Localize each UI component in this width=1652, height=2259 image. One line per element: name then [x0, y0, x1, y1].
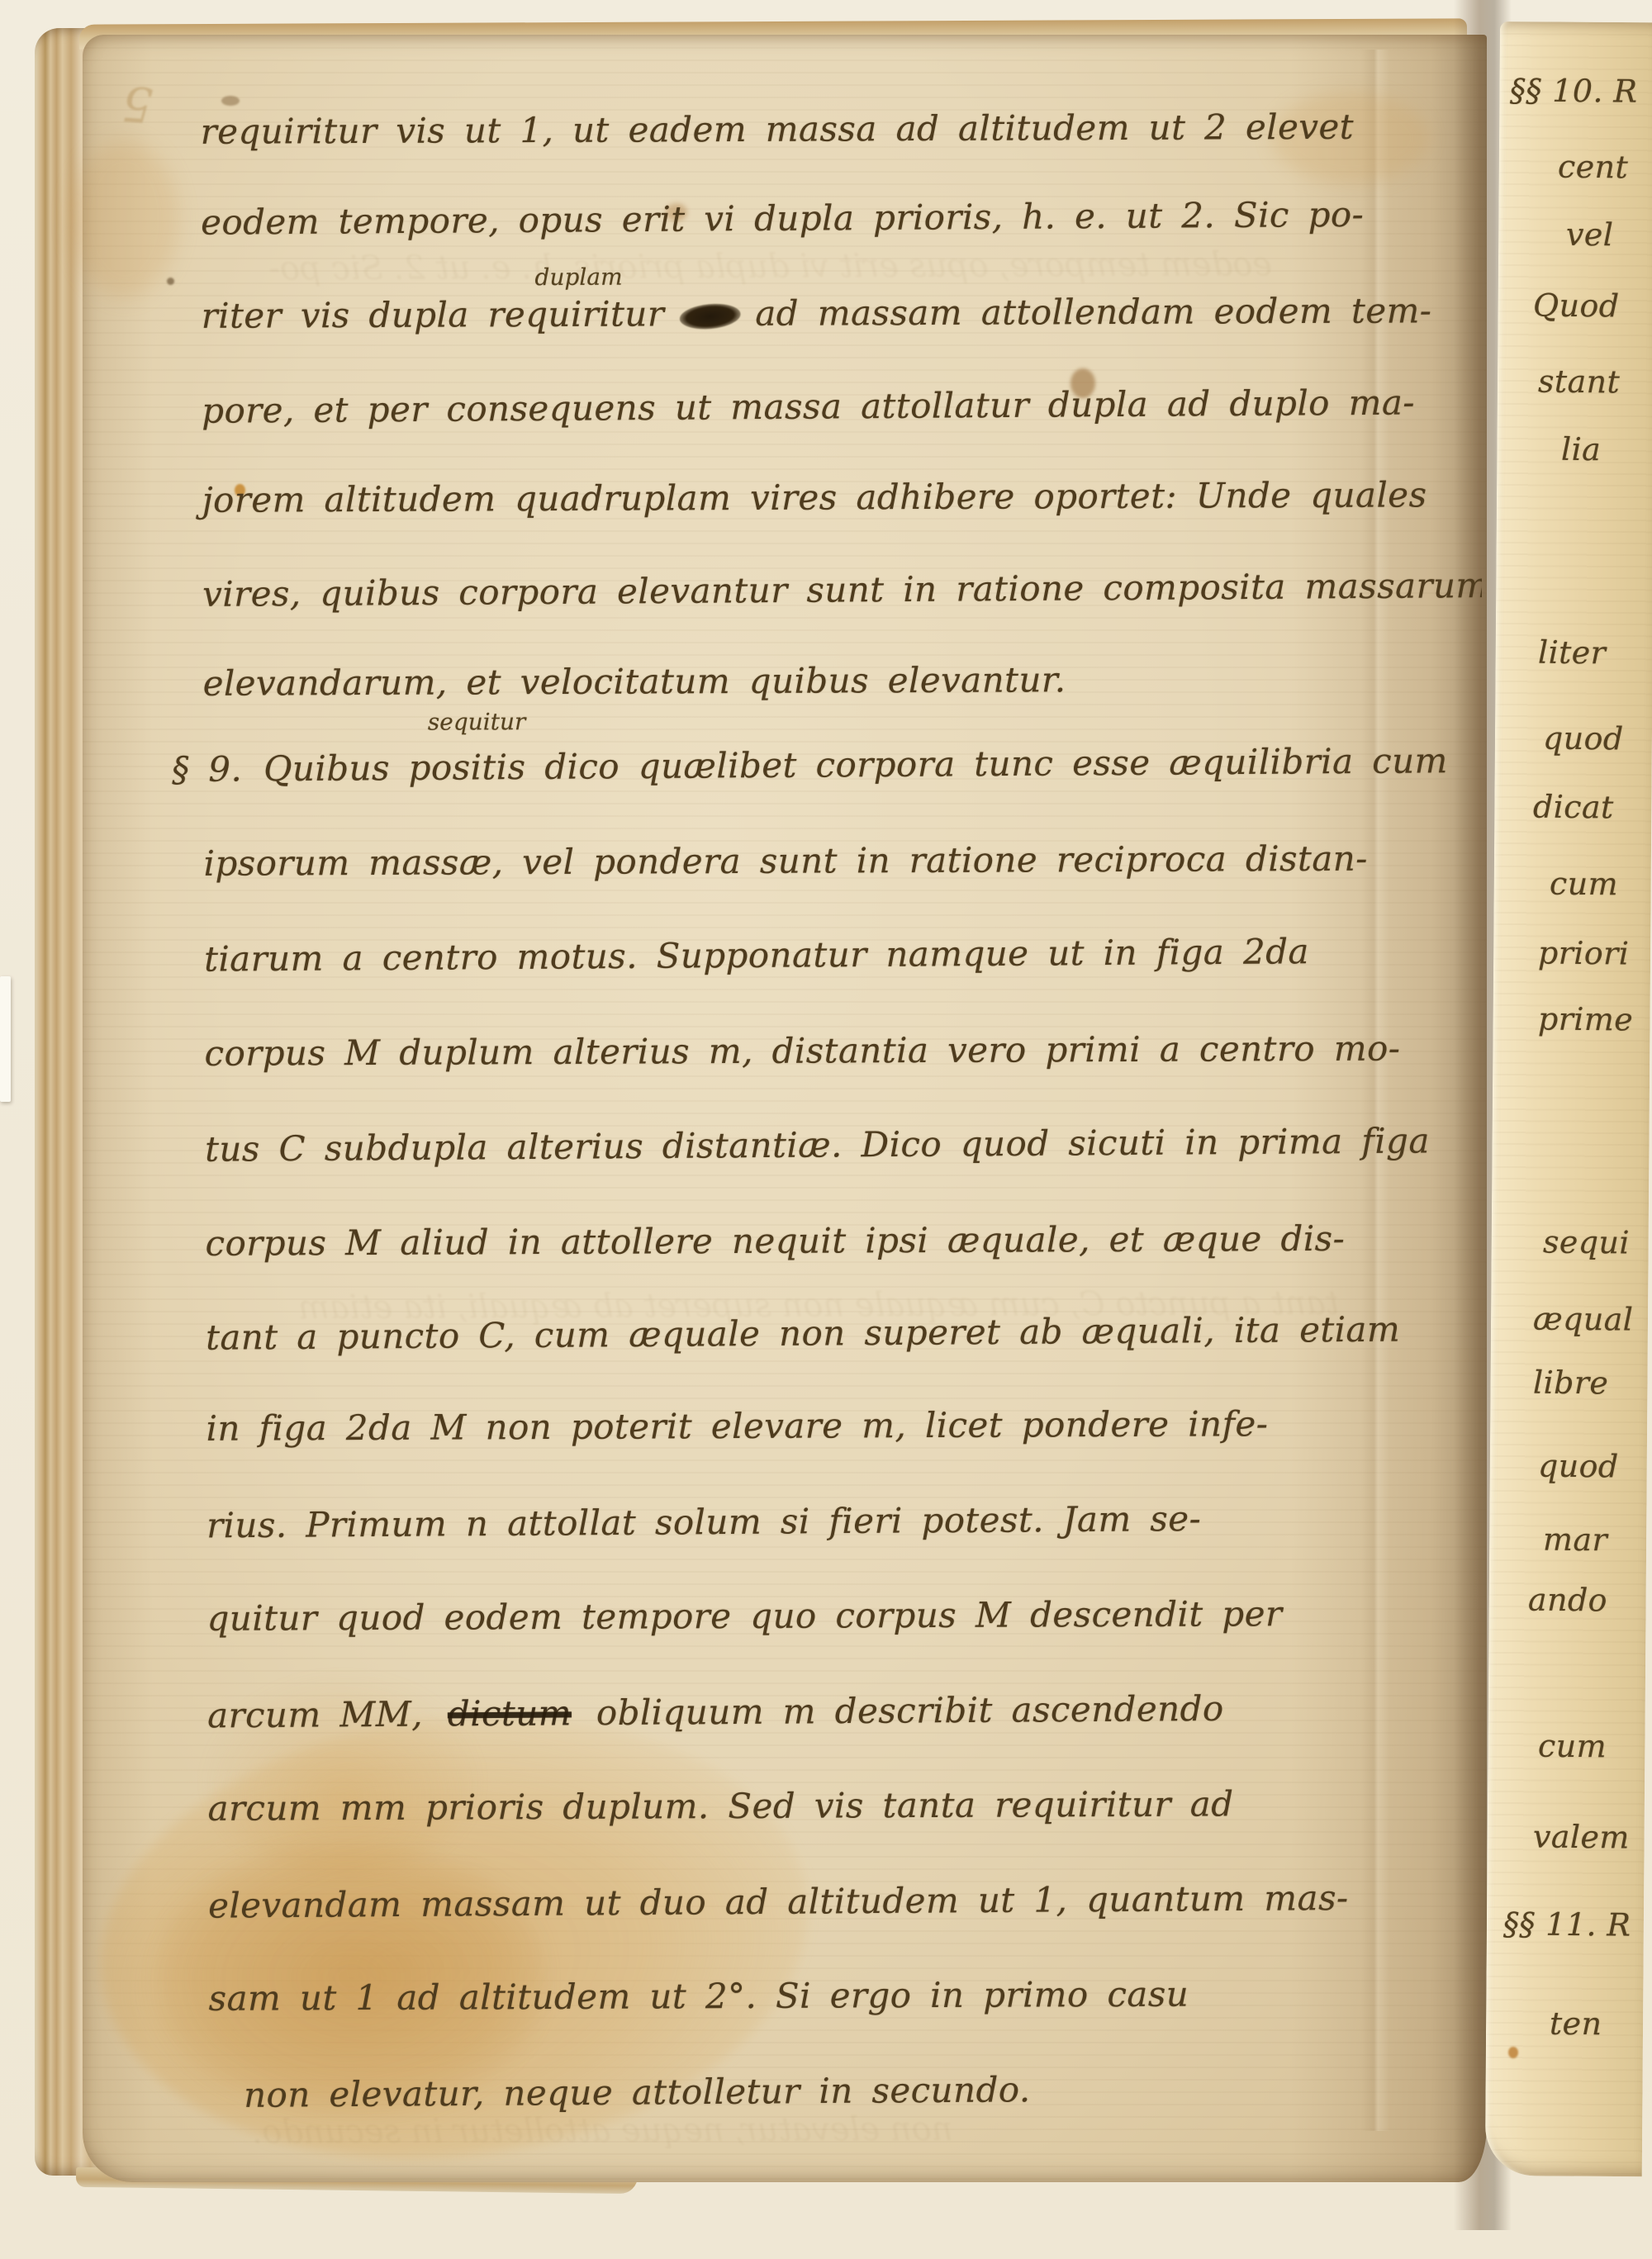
- manuscript-line: corpus M duplum alterius m, distantia ve…: [204, 1028, 1400, 1074]
- facing-line-fragment: mar: [1543, 1521, 1607, 1559]
- manuscript-line: arcum mm prioris duplum. Sed vis tanta r…: [207, 1783, 1233, 1828]
- manuscript-line: pore, et per consequens ut massa attolla…: [202, 382, 1415, 431]
- facing-line-fragment: Quod: [1533, 287, 1620, 325]
- manuscript-line: in figa 2da M non poterit elevare m, lic…: [206, 1403, 1268, 1449]
- facing-line-fragment: priori: [1538, 935, 1630, 972]
- manuscript-line: tiarum a centro motus. Supponatur namque…: [204, 931, 1309, 979]
- manuscript-line: rius. Primum n attollat solum si fieri p…: [206, 1498, 1201, 1545]
- manuscript-line: requiritur vis ut 1, ut eadem massa ad a…: [201, 107, 1354, 152]
- manuscript-line: jorem altitudem quadruplam vires adhiber…: [202, 474, 1427, 520]
- manuscript-line: riter vis dupla requiriturad massam atto…: [202, 290, 1432, 335]
- facing-section-marker-11: §§ 11. R: [1503, 1905, 1631, 1943]
- bleedthrough-text: non elevatur, neque attolletur in secund…: [252, 2110, 952, 2152]
- facing-line-fragment: quod: [1538, 1448, 1619, 1485]
- manuscript-line: quitur quod eodem tempore quo corpus M d…: [206, 1593, 1282, 1639]
- facing-line-fragment: prime: [1538, 1000, 1634, 1037]
- facing-line-fragment: dicat: [1533, 789, 1614, 826]
- facing-line-fragment: lia: [1561, 431, 1602, 467]
- facing-line-fragment: valem: [1533, 1818, 1630, 1855]
- struck-out-word: dictum: [448, 1692, 572, 1734]
- manuscript-line: elevandam massam ut duo ad altitudem ut …: [208, 1877, 1349, 1926]
- facing-line-fragment: ten: [1550, 2005, 1602, 2043]
- handwriting-layer: eodem tempore, opus erit vi dupla priori…: [0, 0, 1482, 2259]
- interline-insertion: duplam: [534, 263, 622, 291]
- facing-line-fragment: cum: [1538, 1728, 1607, 1765]
- left-page-text-area: eodem tempore, opus erit vi dupla priori…: [0, 0, 1482, 2259]
- paper-speck: [1508, 2047, 1518, 2058]
- facing-line-fragment: æqual: [1533, 1300, 1634, 1337]
- manuscript-line: tant a puncto C, cum æquale non superet …: [206, 1309, 1400, 1358]
- manuscript-line: vires, quibus corpora elevantur sunt in …: [202, 565, 1482, 615]
- manuscript-line-with-deletion: arcum MM,dictumobliquum m describit asce…: [207, 1688, 1224, 1736]
- facing-line-fragment: cum: [1550, 866, 1618, 903]
- manuscript-photo: 5 eodem tempore, opus erit vi dupla prio…: [0, 0, 1652, 2259]
- manuscript-line: elevandarum, et velocitatum quibus eleva…: [203, 659, 1066, 704]
- section-marker: § 9.: [172, 748, 242, 790]
- facing-section-marker-10: §§ 10. R: [1510, 72, 1638, 109]
- manuscript-line: corpus M aliud in attollere nequit ipsi …: [205, 1218, 1345, 1264]
- facing-line-fragment: sequi: [1543, 1224, 1630, 1261]
- manuscript-line: sam ut 1 ad altitudem ut 2°. Si ergo in …: [208, 1974, 1189, 2019]
- ink-blot: [678, 301, 741, 332]
- facing-line-fragment: liter: [1538, 634, 1607, 672]
- bleedthrough-text: eodem tempore, opus erit vi dupla priori…: [268, 245, 1272, 287]
- manuscript-line: ipsorum massæ, vel pondera sunt in ratio…: [203, 838, 1367, 884]
- manuscript-line: eodem tempore, opus erit vi dupla priori…: [201, 194, 1364, 243]
- facing-line-fragment: libre: [1533, 1364, 1609, 1402]
- facing-line-fragment: cent: [1558, 149, 1629, 186]
- manuscript-line-section-9: § 9.Quibus positis dico quælibet corpora…: [172, 740, 1448, 790]
- facing-line-fragment: ando: [1528, 1582, 1607, 1619]
- manuscript-line: tus C subdupla alterius distantiæ. Dico …: [205, 1120, 1430, 1169]
- facing-line-fragment: quod: [1543, 720, 1624, 757]
- manuscript-line: non elevatur, neque attolletur in secund…: [244, 2069, 1031, 2115]
- facing-line-fragment: stant: [1538, 363, 1621, 401]
- interline-insertion: sequitur: [428, 708, 526, 736]
- facing-line-fragment: vel: [1566, 216, 1614, 253]
